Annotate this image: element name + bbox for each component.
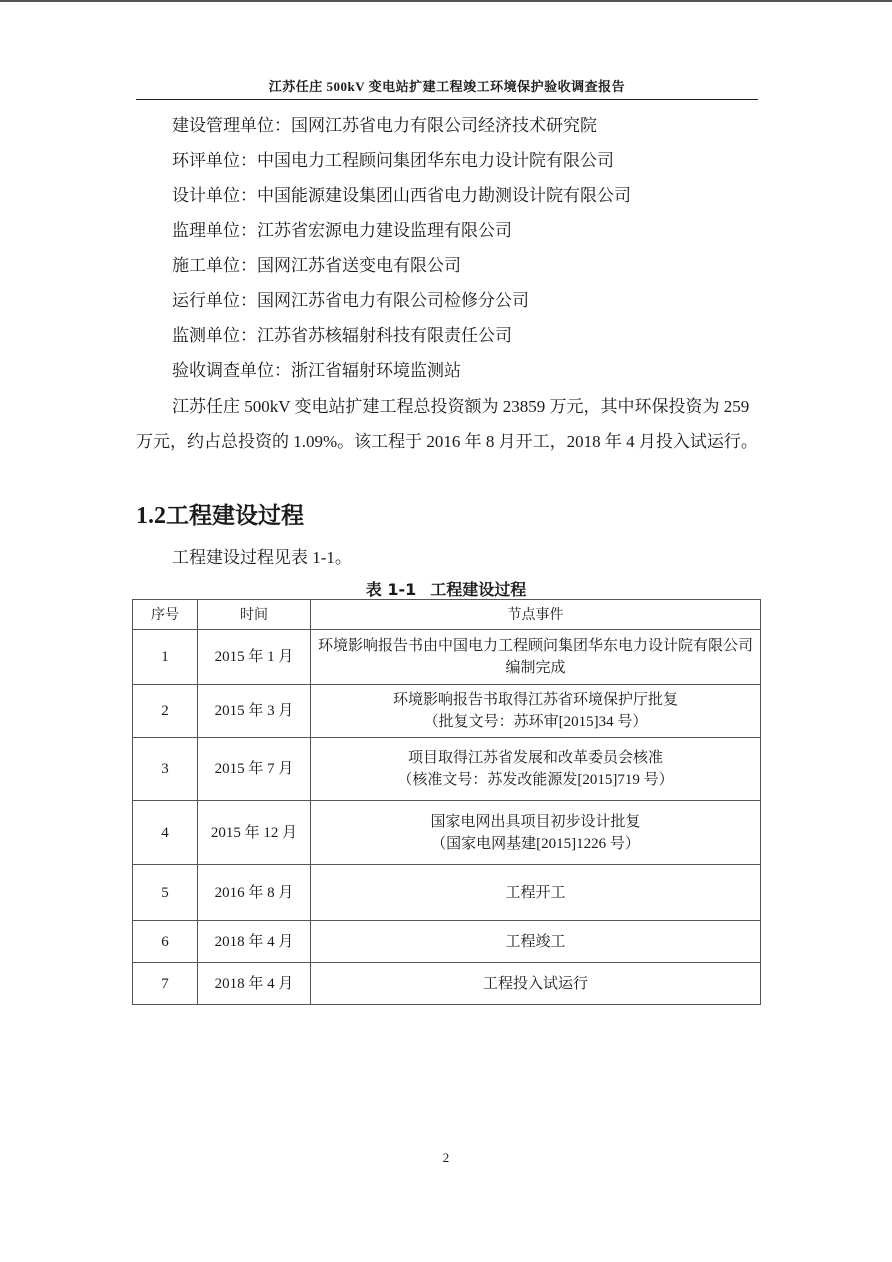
page-top-edge <box>0 0 892 2</box>
unit-line-construction: 施工单位：国网江苏省送变电有限公司 <box>172 256 461 276</box>
event-line-ref: （核准文号：苏发改能源发[2015]719 号） <box>315 769 756 791</box>
cell-time: 2018 年 4 月 <box>198 921 311 963</box>
running-header: 江苏任庄 500kV 变电站扩建工程竣工环境保护验收调查报告 <box>136 76 758 95</box>
table-row: 1 2015 年 1 月 环境影响报告书由中国电力工程顾问集团华东电力设计院有限… <box>133 630 761 685</box>
investment-paragraph: 江苏任庄 500kV 变电站扩建工程总投资额为 23859 万元，其中环保投资为… <box>136 389 760 459</box>
unit-label: 施工单位： <box>172 256 257 275</box>
table-row: 2 2015 年 3 月 环境影响报告书取得江苏省环境保护厅批复（批复文号：苏环… <box>133 685 761 738</box>
table-caption-number: 表 1-1 <box>366 580 416 599</box>
cell-no: 2 <box>133 685 198 738</box>
unit-label: 验收调查单位： <box>172 361 291 380</box>
event-line-ref: （批复文号：苏环审[2015]34 号） <box>315 711 756 733</box>
table-caption-title: 工程建设过程 <box>430 580 526 599</box>
event-line: 环境影响报告书取得江苏省环境保护厅批复 <box>315 689 756 711</box>
table-row: 4 2015 年 12 月 国家电网出具项目初步设计批复（国家电网基建[2015… <box>133 801 761 865</box>
unit-label: 监理单位： <box>172 221 257 240</box>
cell-time: 2015 年 7 月 <box>198 738 311 801</box>
event-line: 项目取得江苏省发展和改革委员会核准 <box>315 747 756 769</box>
unit-line-operation: 运行单位：国网江苏省电力有限公司检修分公司 <box>172 291 529 311</box>
cell-time: 2018 年 4 月 <box>198 963 311 1005</box>
unit-line-monitoring: 监测单位：江苏省苏核辐射科技有限责任公司 <box>172 326 512 346</box>
unit-label: 建设管理单位： <box>172 116 291 135</box>
section-number: 1.2 <box>136 503 166 529</box>
header-time: 时间 <box>198 600 311 630</box>
unit-line-construction-management: 建设管理单位：国网江苏省电力有限公司经济技术研究院 <box>172 116 597 136</box>
table-row: 7 2018 年 4 月 工程投入试运行 <box>133 963 761 1005</box>
header-no: 序号 <box>133 600 198 630</box>
event-line-ref: （国家电网基建[2015]1226 号） <box>315 833 756 855</box>
page-number: 2 <box>436 1150 456 1166</box>
header-rule <box>136 99 758 100</box>
cell-no: 6 <box>133 921 198 963</box>
unit-label: 设计单位： <box>172 186 257 205</box>
unit-line-eia: 环评单位：中国电力工程顾问集团华东电力设计院有限公司 <box>172 151 614 171</box>
cell-no: 1 <box>133 630 198 685</box>
event-line: 国家电网出具项目初步设计批复 <box>315 811 756 833</box>
table-caption: 表 1-1工程建设过程 <box>132 577 760 600</box>
cell-time: 2015 年 12 月 <box>198 801 311 865</box>
cell-event: 项目取得江苏省发展和改革委员会核准（核准文号：苏发改能源发[2015]719 号… <box>311 738 761 801</box>
unit-value: 浙江省辐射环境监测站 <box>291 361 461 380</box>
unit-label: 运行单位： <box>172 291 257 310</box>
unit-value: 国网江苏省电力有限公司检修分公司 <box>257 291 529 310</box>
unit-value: 国网江苏省送变电有限公司 <box>257 256 461 275</box>
cell-no: 7 <box>133 963 198 1005</box>
table-row: 5 2016 年 8 月 工程开工 <box>133 865 761 921</box>
section-title: 工程建设过程 <box>166 503 304 529</box>
table-row: 6 2018 年 4 月 工程竣工 <box>133 921 761 963</box>
unit-label: 环评单位： <box>172 151 257 170</box>
unit-value: 江苏省苏核辐射科技有限责任公司 <box>257 326 512 345</box>
cell-no: 4 <box>133 801 198 865</box>
table-header-row: 序号 时间 节点事件 <box>133 600 761 630</box>
construction-process-table: 序号 时间 节点事件 1 2015 年 1 月 环境影响报告书由中国电力工程顾问… <box>132 599 761 1005</box>
cell-event: 工程开工 <box>311 865 761 921</box>
unit-line-design: 设计单位：中国能源建设集团山西省电力勘测设计院有限公司 <box>172 186 631 206</box>
unit-line-supervision: 监理单位：江苏省宏源电力建设监理有限公司 <box>172 221 512 241</box>
unit-value: 中国能源建设集团山西省电力勘测设计院有限公司 <box>257 186 631 205</box>
unit-value: 国网江苏省电力有限公司经济技术研究院 <box>291 116 597 135</box>
section-heading: 1.2工程建设过程 <box>136 501 304 531</box>
unit-value: 中国电力工程顾问集团华东电力设计院有限公司 <box>257 151 614 170</box>
cell-event: 环境影响报告书由中国电力工程顾问集团华东电力设计院有限公司编制完成 <box>311 630 761 685</box>
cell-event: 工程投入试运行 <box>311 963 761 1005</box>
table-intro-sentence: 工程建设过程见表 1-1。 <box>172 548 352 568</box>
cell-no: 3 <box>133 738 198 801</box>
unit-line-acceptance-survey: 验收调查单位：浙江省辐射环境监测站 <box>172 361 461 381</box>
table-row: 3 2015 年 7 月 项目取得江苏省发展和改革委员会核准（核准文号：苏发改能… <box>133 738 761 801</box>
unit-value: 江苏省宏源电力建设监理有限公司 <box>257 221 512 240</box>
event-line: 环境影响报告书由中国电力工程顾问集团华东电力设计院有限公司编制完成 <box>314 635 757 679</box>
cell-time: 2016 年 8 月 <box>198 865 311 921</box>
cell-time: 2015 年 3 月 <box>198 685 311 738</box>
cell-no: 5 <box>133 865 198 921</box>
cell-event: 工程竣工 <box>311 921 761 963</box>
unit-label: 监测单位： <box>172 326 257 345</box>
cell-event: 环境影响报告书取得江苏省环境保护厅批复（批复文号：苏环审[2015]34 号） <box>311 685 761 738</box>
cell-event: 国家电网出具项目初步设计批复（国家电网基建[2015]1226 号） <box>311 801 761 865</box>
header-event: 节点事件 <box>311 600 761 630</box>
cell-time: 2015 年 1 月 <box>198 630 311 685</box>
